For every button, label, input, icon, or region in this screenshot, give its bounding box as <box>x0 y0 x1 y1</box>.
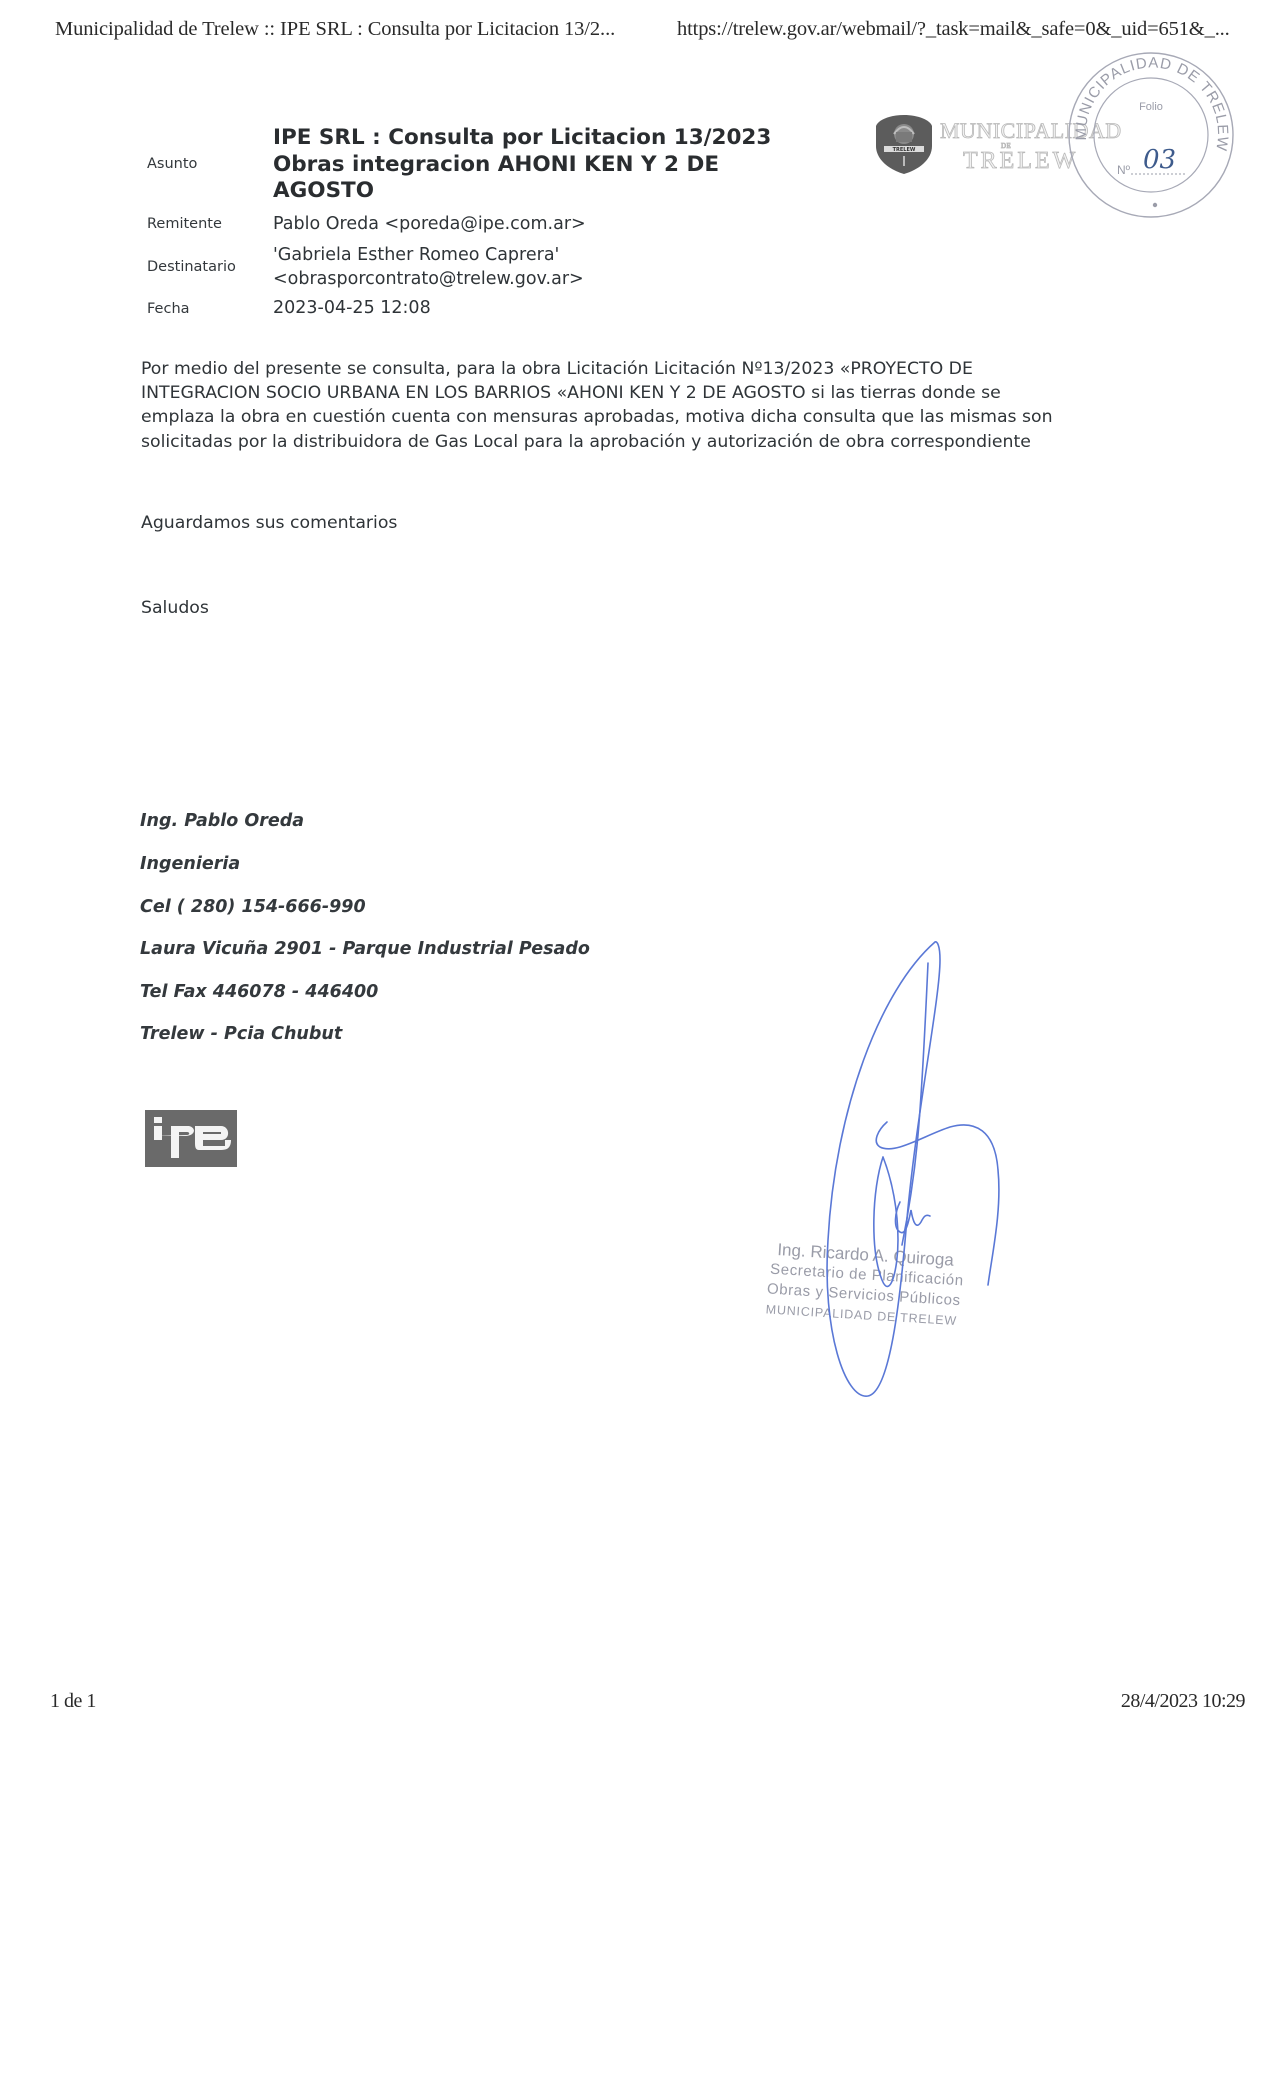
print-footer-page: 1 de 1 <box>50 1690 96 1713</box>
print-footer-datetime: 28/4/2023 10:29 <box>1121 1690 1245 1713</box>
handwritten-signature <box>0 0 1275 1450</box>
